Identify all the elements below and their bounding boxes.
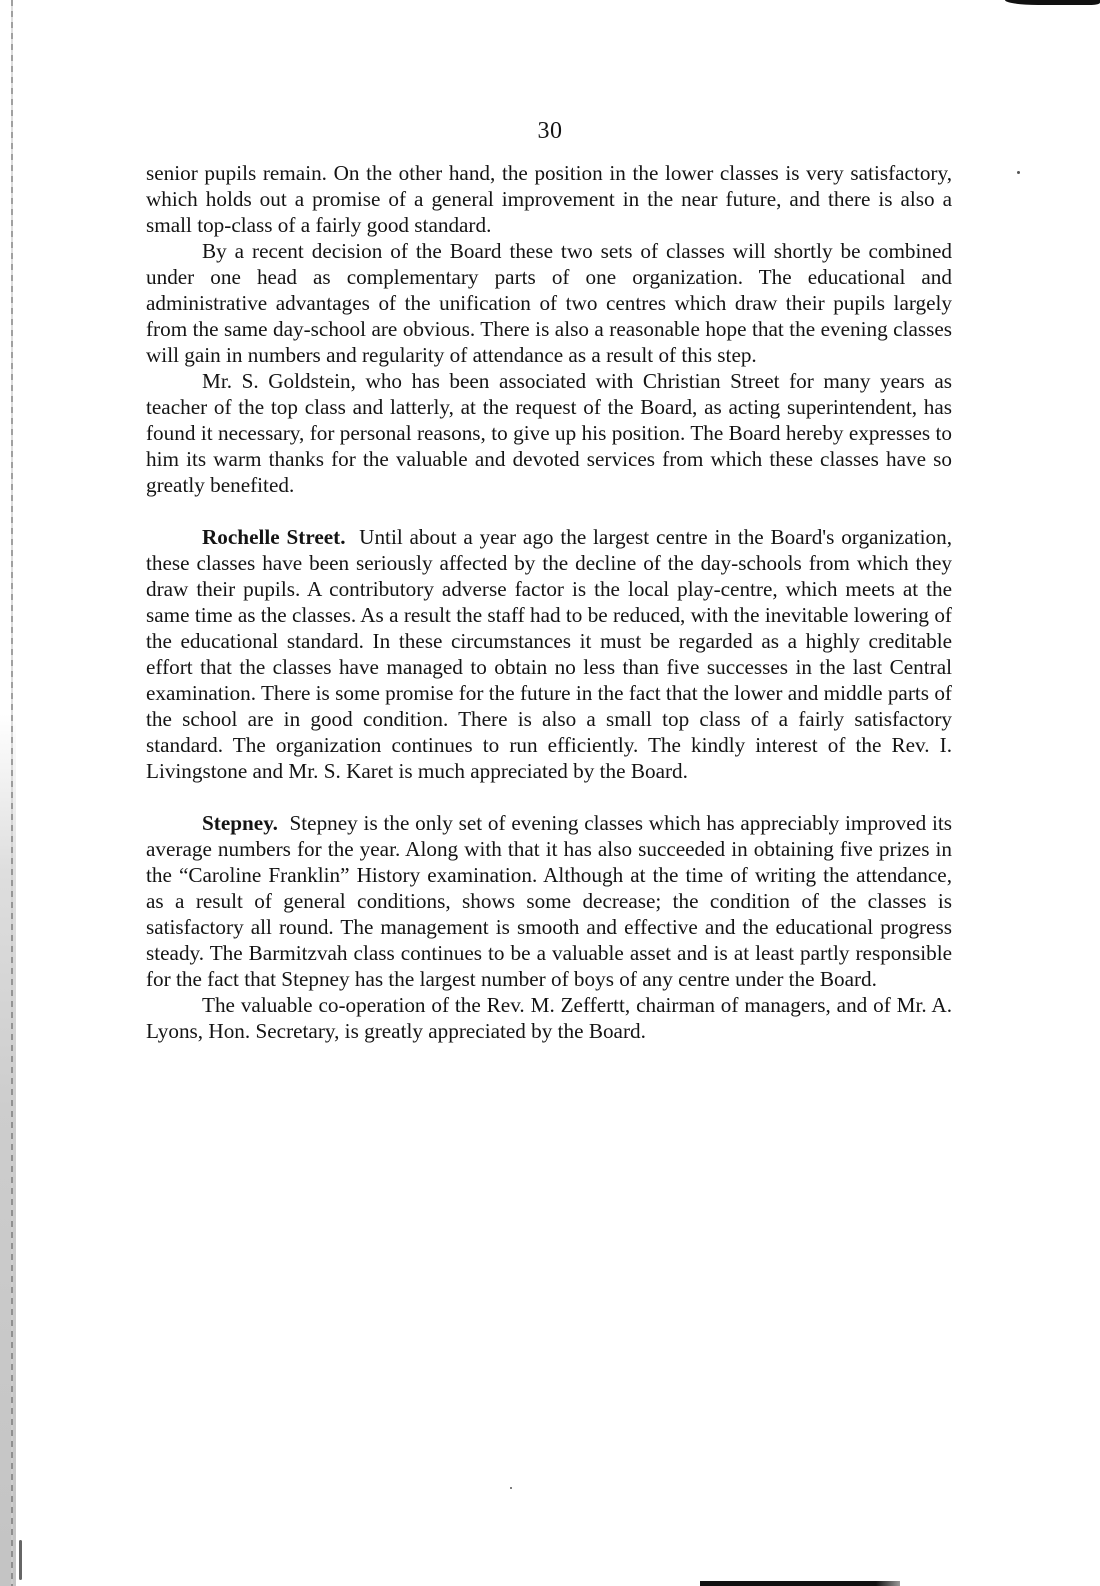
scan-edge-line bbox=[11, 0, 13, 1586]
paragraph-text: Mr. S. Goldstein, who has been associate… bbox=[146, 369, 952, 497]
section-heading: Rochelle Street. bbox=[202, 525, 346, 549]
paragraph-text: Until about a year ago the largest centr… bbox=[146, 525, 952, 783]
paragraph-continuation: senior pupils remain. On the other hand,… bbox=[146, 160, 952, 238]
scan-edge-mark bbox=[19, 1540, 22, 1580]
paragraph-text: Stepney is the only set of evening class… bbox=[146, 811, 952, 991]
section-stepney: Stepney. Stepney is the only set of even… bbox=[146, 810, 952, 992]
paragraph-text: senior pupils remain. On the other hand,… bbox=[146, 161, 952, 237]
scan-speck bbox=[1017, 171, 1020, 174]
paragraph-board-decision: By a recent decision of the Board these … bbox=[146, 238, 952, 368]
scan-top-bar bbox=[1005, 0, 1100, 5]
document-body: senior pupils remain. On the other hand,… bbox=[146, 160, 952, 1044]
scan-edge-shadow bbox=[0, 0, 16, 1586]
paragraph-text: The valuable co-operation of the Rev. M.… bbox=[146, 993, 952, 1043]
page-number: 30 bbox=[0, 118, 1100, 145]
paragraph-cooperation: The valuable co-operation of the Rev. M.… bbox=[146, 992, 952, 1044]
scan-speck bbox=[510, 1487, 512, 1489]
paragraph-text: By a recent decision of the Board these … bbox=[146, 239, 952, 367]
section-rochelle-street: Rochelle Street. Until about a year ago … bbox=[146, 524, 952, 784]
scan-bottom-bar bbox=[700, 1581, 900, 1586]
paragraph-goldstein: Mr. S. Goldstein, who has been associate… bbox=[146, 368, 952, 498]
section-heading: Stepney. bbox=[202, 811, 278, 835]
